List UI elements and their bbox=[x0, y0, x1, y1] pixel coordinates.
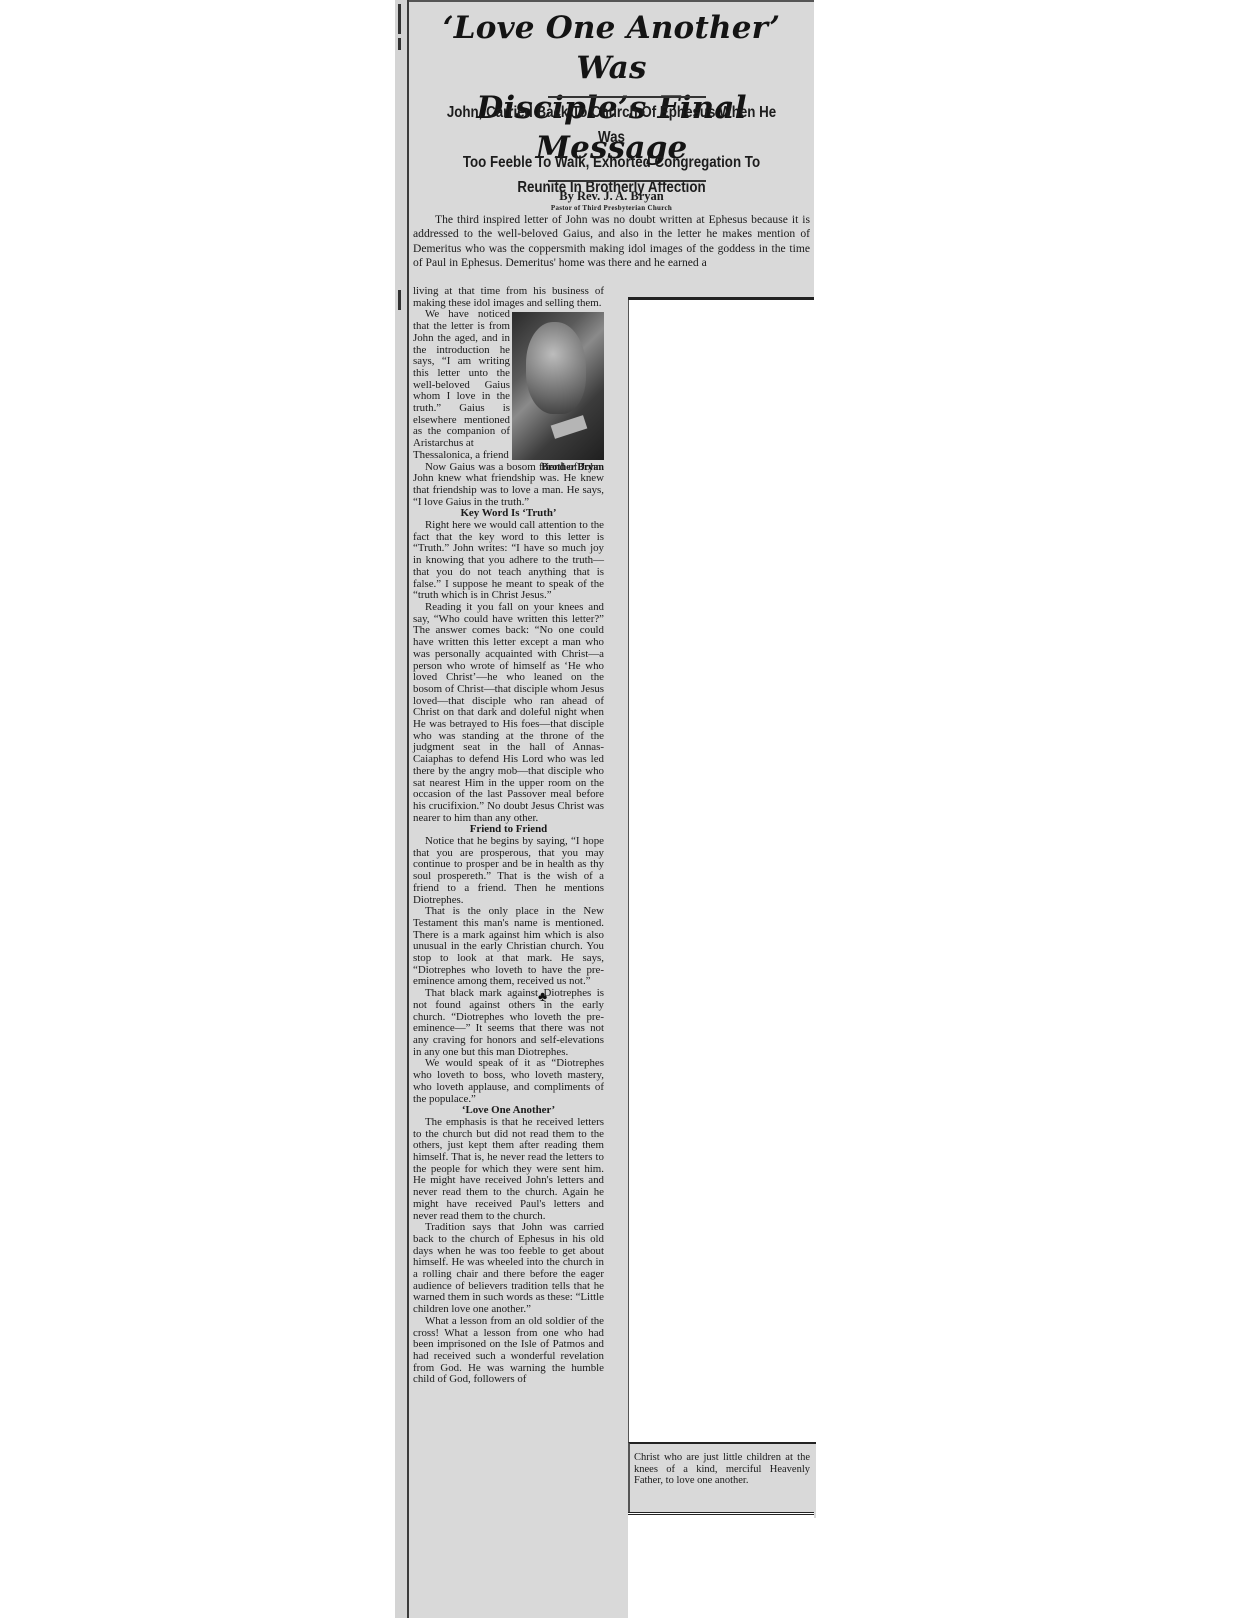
paragraph: We would speak of it as “Diotrephes who … bbox=[413, 1058, 604, 1105]
headline-rule bbox=[548, 96, 706, 98]
portrait-photo bbox=[512, 312, 604, 460]
paragraph: Tradition says that John was carried bac… bbox=[413, 1222, 604, 1316]
deck-line-1: John, Carried Back To Church Of Ephesus … bbox=[437, 100, 785, 150]
paragraph: The emphasis is that he received letters… bbox=[413, 1117, 604, 1222]
adjacent-column-edge bbox=[395, 0, 409, 1618]
column-divider bbox=[628, 300, 629, 1442]
deck-line-2: Too Feeble To Walk, Exhorted Congregatio… bbox=[437, 150, 785, 175]
paragraph: That is the only place in the New Testam… bbox=[413, 906, 604, 988]
photo-caption: Brother Bryan bbox=[522, 462, 604, 473]
deck: John, Carried Back To Church Of Ephesus … bbox=[437, 100, 785, 200]
paragraph: That black mark against Diotrephes is no… bbox=[413, 988, 604, 1058]
blank-area bbox=[630, 303, 814, 1441]
byline: By Rev. J. A. Bryan bbox=[409, 190, 814, 203]
paragraph: Reading it you fall on your knees and sa… bbox=[413, 602, 604, 824]
byline-title: Pastor of Third Presbyterian Church bbox=[409, 204, 814, 212]
club-mark-icon: ♣ bbox=[538, 992, 550, 1004]
deck-rule bbox=[548, 180, 706, 182]
portrait-collar bbox=[551, 415, 588, 439]
headline-line-1: ‘Love One Another’ Was bbox=[443, 10, 781, 86]
top-border bbox=[409, 0, 814, 2]
column-rule bbox=[628, 297, 814, 303]
lead-continuation: living at that time from his business of… bbox=[413, 286, 604, 309]
paragraph: What a lesson from an old soldier of the… bbox=[413, 1316, 604, 1386]
paragraph: Notice that he begins by saying, “I hope… bbox=[413, 836, 604, 906]
lead-paragraph: The third inspired letter of John was no… bbox=[413, 213, 810, 271]
portrait-head bbox=[526, 322, 586, 414]
continuation-text: Christ who are just little children at t… bbox=[634, 1452, 810, 1487]
paragraph-wrap: We have noticed that the letter is from … bbox=[413, 309, 510, 449]
paragraph: Right here we would call attention to th… bbox=[413, 520, 604, 602]
continuation-box-rule bbox=[628, 1512, 814, 1521]
